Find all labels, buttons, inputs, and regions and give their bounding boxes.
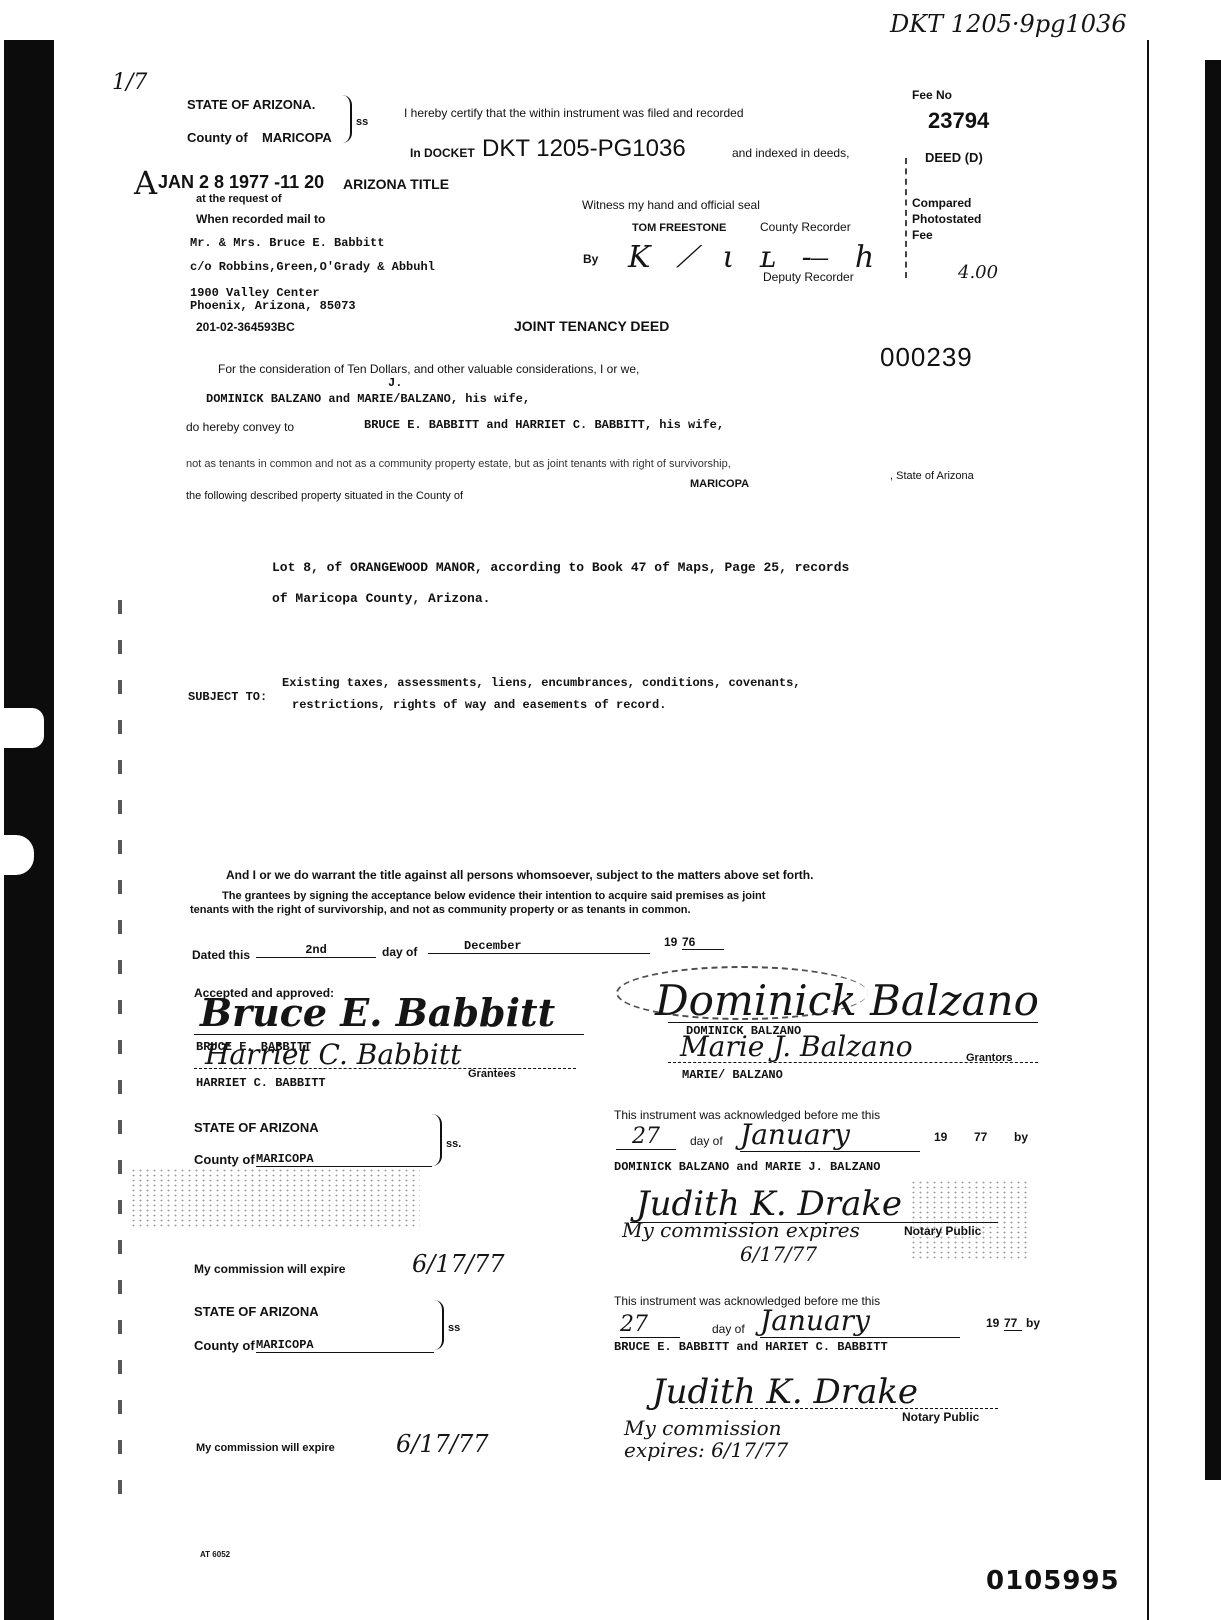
subject-to-line-2: restrictions, rights of way and easement…: [292, 698, 666, 712]
notary2-signature: Judith K. Drake: [652, 1372, 918, 1412]
form-code: AT 6052: [200, 1550, 230, 1559]
notary2-expire-label: My commission will expire: [196, 1442, 335, 1454]
docket-value: DKT 1205-PG1036: [482, 135, 686, 163]
handwritten-docket-ref: DKT 1205·9pg1036: [890, 10, 1127, 38]
notary1-expire-label: My commission will expire: [194, 1262, 345, 1276]
at-request-label: at the request of: [196, 193, 282, 205]
header-state: STATE OF ARIZONA.: [187, 97, 315, 112]
notary2-by: by: [1026, 1316, 1040, 1330]
certify-text: I hereby certify that the within instrum…: [404, 106, 744, 120]
notary1-county: MARICOPA: [256, 1152, 432, 1167]
dated-year-prefix: 19: [664, 935, 677, 949]
fee-number: 23794: [928, 108, 989, 134]
notary2-day: 27: [620, 1312, 680, 1338]
notary2-day-of: day of: [712, 1322, 745, 1336]
page-title: JOINT TENANCY DEED: [514, 318, 669, 334]
consideration-text: For the consideration of Ten Dollars, an…: [218, 362, 639, 376]
notary2-expire-date: 6/17/77: [396, 1430, 489, 1458]
scan-punch-marks: [118, 600, 122, 1500]
request-of: ARIZONA TITLE: [343, 176, 449, 192]
header-county-label: County of: [187, 130, 248, 145]
notary2-month: January: [760, 1304, 960, 1338]
header-ss: ss: [356, 116, 368, 128]
recording-stamp-date: JAN 2 8 1977 -11 20: [158, 172, 324, 193]
dated-day: 2nd: [256, 943, 376, 958]
corner-mark: 1/7: [112, 70, 147, 95]
legal-description-line-1: Lot 8, of ORANGEWOOD MANOR, according to…: [272, 560, 849, 575]
property-prefix: the following described property situate…: [186, 490, 463, 502]
scan-edge-left: [4, 40, 54, 1620]
deputy-recorder-label: Deputy Recorder: [763, 270, 854, 284]
mail-to-line-4: Phoenix, Arizona, 85073: [190, 299, 356, 313]
mail-to-line-3: 1900 Valley Center: [190, 286, 320, 300]
notary1-month: January: [740, 1118, 920, 1152]
grantee-signature-1: Bruce E. Babbitt: [200, 990, 555, 1035]
dated-day-of: day of: [382, 945, 417, 959]
middle-initial: J.: [388, 376, 402, 390]
mail-to-label: When recorded mail to: [196, 212, 325, 226]
notary2-label: Notary Public: [902, 1410, 979, 1424]
acceptance-line-1: The grantees by signing the acceptance b…: [222, 890, 765, 902]
notary2-hand-note-1: My commission: [624, 1416, 782, 1440]
by-label: By: [583, 252, 598, 266]
mail-to-line-1: Mr. & Mrs. Bruce E. Babbitt: [190, 236, 384, 250]
notary1-state: STATE OF ARIZONA: [194, 1120, 319, 1135]
recorder-name: TOM FREESTONE: [632, 222, 726, 234]
docket-label: In DOCKET: [410, 146, 475, 160]
notary2-signature-line: [680, 1408, 998, 1409]
grantors-role-label: Grantors: [966, 1052, 1012, 1064]
subject-to-line-1: Existing taxes, assessments, liens, encu…: [282, 676, 800, 690]
convey-prefix: do hereby convey to: [186, 420, 294, 434]
notary-seal-impression: [910, 1180, 1030, 1260]
tenancy-clause: not as tenants in common and not as a co…: [186, 458, 731, 470]
dated-prefix: Dated this: [192, 948, 250, 962]
scan-noise: [130, 1168, 420, 1228]
notary1-parties: DOMINICK BALZANO and MARIE J. BALZANO: [614, 1160, 880, 1174]
grantor-name-2: MARIE/ BALZANO: [682, 1068, 783, 1082]
dated-year: 76: [682, 935, 724, 950]
notary1-year-prefix: 19: [934, 1130, 947, 1144]
notary1-year: 77: [974, 1130, 987, 1144]
grantee-signature-line-2: [194, 1068, 576, 1069]
notary2-hand-note-2: expires: 6/17/77: [624, 1438, 788, 1462]
stamp-initial: A: [134, 164, 157, 202]
notary1-day-of: day of: [690, 1134, 723, 1148]
grantors-line: DOMINICK BALZANO and MARIE/BALZANO, his …: [206, 392, 530, 406]
legal-description-line-2: of Maricopa County, Arizona.: [272, 591, 490, 606]
notary2-year: 77: [1004, 1316, 1022, 1331]
property-county: MARICOPA: [690, 478, 749, 490]
deed-code: DEED (D): [925, 150, 983, 165]
subject-to-label: SUBJECT TO:: [188, 690, 267, 704]
notary1-day: 27: [616, 1124, 676, 1150]
header-county: MARICOPA: [262, 130, 332, 145]
notary1-by: by: [1014, 1130, 1028, 1144]
compared-label: Compared: [912, 196, 971, 210]
page-border-line: [1147, 40, 1149, 1620]
property-suffix: , State of Arizona: [890, 470, 974, 482]
witness-text: Witness my hand and official seal: [582, 198, 760, 212]
parcel-number: 201-02-364593BC: [196, 320, 295, 334]
header-brace: [340, 95, 352, 143]
notary2-parties: BRUCE E. BABBITT and HARIET C. BABBITT: [614, 1340, 888, 1354]
photostated-label: Photostated: [912, 212, 981, 226]
mail-to-line-2: c/o Robbins,Green,O'Grady & Abbuhl: [190, 260, 435, 274]
notary1-hand-note-1: My commission expires: [622, 1218, 860, 1242]
notary2-brace: [434, 1300, 444, 1350]
notary1-expire-date: 6/17/77: [412, 1250, 505, 1278]
grantees-role-label: Grantees: [468, 1068, 516, 1080]
scan-edge-right: [1205, 60, 1221, 1480]
grantor-signature-line-1: [668, 1022, 1038, 1023]
warranty-text: And I or we do warrant the title against…: [226, 868, 813, 882]
dated-month: December: [428, 939, 650, 954]
grantee-signature-line-1: [194, 1034, 584, 1035]
notary1-brace: [432, 1114, 442, 1166]
bates-number: 0105995: [986, 1566, 1120, 1596]
grantor-signature-2: Marie J. Balzano: [680, 1030, 913, 1063]
acceptance-line-2: tenants with the right of survivorship, …: [190, 904, 691, 916]
grantee-signature-2: Harriet C. Babbitt: [205, 1038, 461, 1071]
document-number: 000239: [880, 342, 973, 373]
grantees-line: BRUCE E. BABBITT and HARRIET C. BABBITT,…: [364, 418, 724, 432]
notary2-ss: ss: [448, 1322, 460, 1334]
signature-loop: [616, 966, 868, 1020]
fee-label-2: Fee: [912, 228, 933, 242]
fee-label: Fee No: [912, 88, 952, 102]
notary1-hand-note-2: 6/17/77: [740, 1242, 817, 1266]
indexed-text: and indexed in deeds,: [732, 146, 849, 160]
county-recorder-label: County Recorder: [760, 220, 851, 234]
fee-amount-handwritten: 4.00: [958, 262, 998, 283]
notary2-county: MARICOPA: [256, 1338, 434, 1353]
notary1-county-label: County of: [194, 1152, 255, 1167]
notary2-county-label: County of: [194, 1338, 255, 1353]
notary2-state: STATE OF ARIZONA: [194, 1304, 319, 1319]
notary1-ss: ss.: [446, 1138, 461, 1150]
grantee-name-2: HARRIET C. BABBITT: [196, 1076, 326, 1090]
notary2-year-prefix: 19: [986, 1316, 999, 1330]
header-divider: [905, 158, 907, 278]
